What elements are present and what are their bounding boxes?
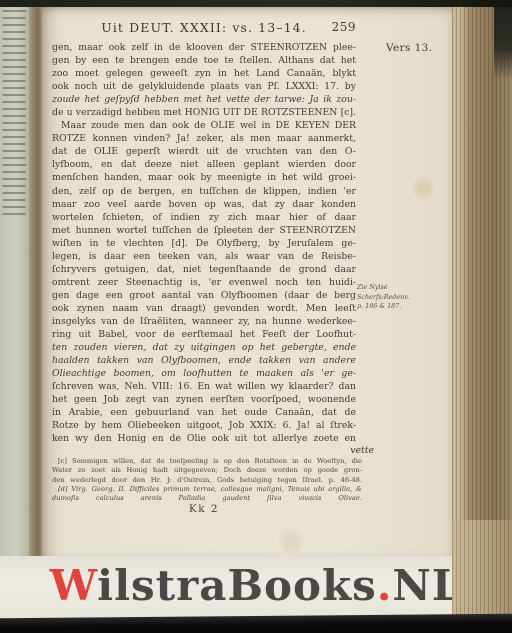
body-text-line: gen, maar ook zelf in de klooven der STE… — [52, 41, 356, 54]
blurred-text-line — [2, 157, 26, 159]
footnotes: [c] Sommigen willen, dat de toeſpeeling … — [52, 457, 362, 503]
margin-note-line: Scherfs:Redenv. — [357, 293, 427, 303]
footnote-line: [d] Virg. Georg. II. Difficiles primum t… — [52, 485, 362, 494]
body-text: gen, maar ook zelf in de klooven der STE… — [52, 41, 356, 445]
blurred-text-line — [2, 150, 26, 152]
body-text-line: Maar zoude men dan ook de OLIE wel in DE… — [52, 119, 356, 132]
watermark-dot: . — [377, 561, 393, 610]
signature-mark: Kk 2 — [52, 503, 356, 515]
blurred-text-line — [2, 185, 26, 187]
blurred-text-line — [2, 38, 26, 40]
body-text-line: lyfboom, en dat deeze niet alleen geplan… — [52, 158, 356, 171]
blurred-text-line — [2, 10, 26, 12]
body-text-line: omtrent zeer Steenachtig is, 'er evenwel… — [52, 276, 356, 289]
body-text-line: ſchryvers getuigen, dat, niet tegenſtaan… — [52, 263, 356, 276]
blurred-text-line — [2, 171, 26, 173]
body-text-line: in Arabie, een gebuurland van het oude C… — [52, 406, 356, 419]
blurred-text-line — [2, 80, 26, 82]
blurred-text-line — [2, 122, 26, 124]
chapter-header: Uit DEUT. XXXII: vs. 13–14. — [101, 20, 307, 35]
body-text-line: wortelen ſchieten, of indien zy zich maa… — [52, 211, 356, 224]
blurred-text-line — [2, 213, 26, 215]
body-text-line: dat de OLIE geperſt wierdt uit de vrucht… — [52, 145, 356, 158]
margin-note-line: p. 186 & 187. — [357, 302, 427, 312]
blurred-text-line — [2, 164, 26, 166]
footnote-line: [c] Sommigen willen, dat de toeſpeeling … — [52, 457, 362, 466]
blurred-text-line — [2, 45, 26, 47]
margin-note-line: Zie Nylsè — [357, 283, 427, 293]
blurred-text-line — [2, 24, 26, 26]
body-text-line: ROTZE konnen vinden? Ja! zeker, als men … — [52, 132, 356, 145]
body-text-line: gen by een te brengen ende toe te ſtelle… — [52, 54, 356, 67]
margin-note-verse: Vers 13. — [386, 42, 432, 54]
blurred-text-line — [2, 136, 26, 138]
catchword: vette — [52, 445, 374, 456]
blurred-text-line — [2, 94, 26, 96]
blurred-text-line — [2, 17, 26, 19]
running-header: Uit DEUT. XXXII: vs. 13–14. 259 — [52, 20, 356, 35]
watermark-books: Books — [227, 561, 376, 610]
blurred-text-line — [2, 178, 26, 180]
blurred-text-line — [2, 31, 26, 33]
watermark-ilstra: ilstra — [97, 561, 227, 610]
body-text-line: zoude het geſpyſd hebben met het vette d… — [52, 93, 356, 106]
body-text-line: maar zoo veel aarde boven op was, dat zy… — [52, 198, 356, 211]
bookseller-watermark: WilstraBooks.NL — [0, 563, 512, 609]
previous-page-edge — [0, 5, 29, 605]
margin-note-reference: Zie NylsèScherfs:Redenv.p. 186 & 187. — [357, 283, 427, 312]
blurred-text-line — [2, 115, 26, 117]
body-text-line: ook zynen naam van draagt) gevonden word… — [52, 302, 356, 315]
body-text-line: legen, is daar een teeken van, als waar … — [52, 250, 356, 263]
blurred-text-line — [2, 87, 26, 89]
blurred-text-line — [2, 101, 26, 103]
blurred-text-line — [2, 199, 26, 201]
body-text-line: ook noch uit de gelykluidende plaats van… — [52, 80, 356, 93]
body-text-line: zoo moet gelegen geweeſt zyn in het Land… — [52, 67, 356, 80]
body-text-line: haalden takken van Olyfboomen, ende takk… — [52, 354, 356, 367]
body-text-line: ſchreven was, Neh. VIII: 16. En wat will… — [52, 380, 356, 393]
body-text-line: ten zouden vieren, dat zy uitgingen op h… — [52, 341, 356, 354]
body-text-line: ring uit Babel, voor de eerſtemaal het F… — [52, 328, 356, 341]
body-text-line: den, zelf op de bergen, en tuſſchen de k… — [52, 185, 356, 198]
bottom-page-edges — [452, 520, 512, 620]
body-text-line: insgelyks van de Iſraëliten, wanneer zy,… — [52, 315, 356, 328]
blurred-text-line — [2, 206, 26, 208]
body-text-line: ken wy den Honig en de Olie ook uit tot … — [52, 432, 356, 445]
book-page: Uit DEUT. XXXII: vs. 13–14. 259 Vers 13.… — [42, 6, 457, 558]
watermark-letter-w: W — [50, 561, 97, 610]
body-text-line: wiſten in te vlechten [d]. De Olyfberg, … — [52, 237, 356, 250]
body-text-line: gen dage een groot aantal van Olyfboomen… — [52, 289, 356, 302]
blurred-text-line — [2, 52, 26, 54]
body-text-line: Olieachtige boomen, om loofhutten te maa… — [52, 367, 356, 380]
blurred-text-line — [2, 192, 26, 194]
table-edge — [0, 614, 512, 633]
body-text-line: menſchen handen, maar ook by meenigte in… — [52, 171, 356, 184]
blurred-text-line — [2, 73, 26, 75]
blurred-text-line — [2, 66, 26, 68]
fore-edge-shadow — [494, 0, 512, 80]
body-text-line: het geen Job zegt van zynen eerſten voor… — [52, 393, 356, 406]
body-text-line: de u verzadigd hebben met HONIG UIT DE R… — [52, 106, 356, 119]
body-text-line: met hunnen wortel tuſſchen de ſpleeten d… — [52, 224, 356, 237]
book-photo: Uit DEUT. XXXII: vs. 13–14. 259 Vers 13.… — [0, 0, 512, 633]
footnote-line: den wederlegd door den Hr. J: d'Outrein,… — [52, 476, 362, 485]
blurred-text-line — [2, 129, 26, 131]
blurred-text-line — [2, 59, 26, 61]
page-number: 259 — [332, 20, 356, 34]
background-top — [0, 0, 512, 7]
blurred-text-line — [2, 143, 26, 145]
footnote-line: Water zo zoet als Honig hadt uitgegeeven… — [52, 466, 362, 475]
blurred-text-line — [2, 108, 26, 110]
body-text-line: Rotze by hem Oliebeeken uitgoot, Job XXI… — [52, 419, 356, 432]
